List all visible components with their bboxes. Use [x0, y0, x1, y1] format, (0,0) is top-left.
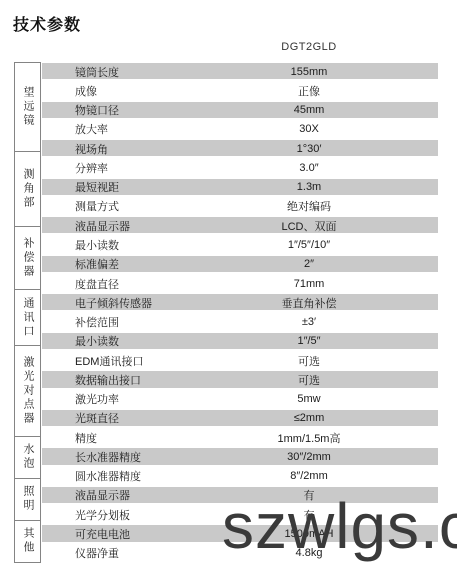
group-label: 望远镜 [22, 86, 33, 128]
spec-name: 可充电电池 [42, 526, 180, 542]
spec-name: 最小读数 [42, 237, 180, 253]
spec-name: 测量方式 [42, 198, 180, 214]
spec-name: 电子倾斜传感器 [42, 295, 180, 311]
spec-name: 度盘直径 [42, 276, 180, 292]
table-row: 精度 1mm/1.5m高 [42, 428, 438, 447]
spec-value: 71mm [180, 278, 438, 290]
table-row: 液晶显示器 LCD、双面 [42, 216, 438, 235]
spec-name: 镜筒长度 [42, 64, 180, 80]
spec-value: 2″ [180, 258, 438, 270]
spec-name: 精度 [42, 430, 180, 446]
spec-value: 可选 [180, 372, 438, 388]
spec-value: 45mm [180, 104, 438, 116]
table-row: 电子倾斜传感器 垂直角补偿 [42, 293, 438, 312]
spec-value: 1″/5″ [180, 335, 438, 347]
group-label: 补偿器 [22, 237, 33, 279]
table-row: 标准偏差 2″ [42, 255, 438, 274]
spec-value: ≤2mm [180, 412, 438, 424]
spec-value: 正像 [180, 83, 438, 99]
spec-name: 光学分划板 [42, 507, 180, 523]
spec-value: 可选 [180, 353, 438, 369]
spec-value: 30X [180, 123, 438, 135]
spec-value: 30″/2mm [180, 451, 438, 463]
group-column: 望远镜 测角部 补偿器 通讯口 激光对点器 水泡 照明 其他 [14, 62, 41, 563]
group-label: 照明 [22, 485, 33, 513]
spec-name: 放大率 [42, 121, 180, 137]
page-title: 技术参数 [13, 12, 81, 35]
table-row: 补偿范围 ±3′ [42, 312, 438, 331]
group-cell-illumination: 照明 [15, 479, 40, 521]
table-row: 最小读数 1″/5″ [42, 332, 438, 351]
spec-name: EDM通讯接口 [42, 353, 180, 369]
spec-name: 液晶显示器 [42, 487, 180, 503]
table-row: 成像 正像 [42, 81, 438, 100]
spec-value: 1.3m [180, 181, 438, 193]
spec-value: 155mm [180, 66, 438, 78]
table-row: 放大率 30X [42, 120, 438, 139]
group-cell-level-vial: 水泡 [15, 437, 40, 479]
group-cell-comm-port: 通讯口 [15, 290, 40, 346]
spec-value: 1″/5″/10″ [180, 239, 438, 251]
group-label: 其他 [22, 527, 33, 555]
spec-name: 数据输出接口 [42, 372, 180, 388]
model-column-header: DGT2GLD [180, 41, 438, 53]
spec-name: 最短视距 [42, 179, 180, 195]
group-label: 激光对点器 [22, 356, 33, 426]
table-row: 视场角 1°30′ [42, 139, 438, 158]
group-cell-others: 其他 [15, 521, 40, 562]
table-row: 测量方式 绝对编码 [42, 197, 438, 216]
spec-value: 1mm/1.5m高 [180, 430, 438, 446]
table-row: 最小读数 1″/5″/10″ [42, 235, 438, 254]
table-row: 长水准器精度 30″/2mm [42, 447, 438, 466]
spec-name: 视场角 [42, 141, 180, 157]
spec-name: 激光功率 [42, 391, 180, 407]
group-cell-angle-measurement: 测角部 [15, 152, 40, 228]
table-row: 镜筒长度 155mm [42, 62, 438, 81]
spec-value: 5mw [180, 393, 438, 405]
table-row: EDM通讯接口 可选 [42, 351, 438, 370]
spec-value: ±3′ [180, 316, 438, 328]
spec-value: 绝对编码 [180, 198, 438, 214]
group-label: 测角部 [22, 168, 33, 210]
table-row: 数据输出接口 可选 [42, 370, 438, 389]
spec-name: 补偿范围 [42, 314, 180, 330]
spec-name: 最小读数 [42, 333, 180, 349]
spec-name: 物镜口径 [42, 102, 180, 118]
spec-value: 8″/2mm [180, 470, 438, 482]
group-cell-compensator: 补偿器 [15, 227, 40, 290]
spec-sheet-page: 技术参数 DGT2GLD 望远镜 测角部 补偿器 通讯口 激光对点器 水泡 照明… [0, 0, 457, 573]
table-row: 物镜口径 45mm [42, 101, 438, 120]
table-row: 光斑直径 ≤2mm [42, 409, 438, 428]
spec-value: LCD、双面 [180, 218, 438, 234]
spec-name: 液晶显示器 [42, 218, 180, 234]
table-row: 分辨率 3.0″ [42, 158, 438, 177]
spec-table: 镜筒长度 155mm 成像 正像 物镜口径 45mm 放大率 30X 视场角 1… [42, 62, 438, 563]
table-row: 圆水准器精度 8″/2mm [42, 467, 438, 486]
group-label: 通讯口 [22, 297, 33, 339]
group-cell-telescope: 望远镜 [15, 63, 40, 152]
spec-value: 3.0″ [180, 162, 438, 174]
spec-name: 圆水准器精度 [42, 468, 180, 484]
spec-value: 1°30′ [180, 143, 438, 155]
group-label: 水泡 [22, 443, 33, 471]
spec-name: 光斑直径 [42, 410, 180, 426]
site-watermark: szwlgs.com [222, 494, 457, 558]
spec-name: 仪器净重 [42, 545, 180, 561]
table-row: 度盘直径 71mm [42, 274, 438, 293]
spec-name: 分辨率 [42, 160, 180, 176]
spec-name: 标准偏差 [42, 256, 180, 272]
spec-value: 垂直角补偿 [180, 295, 438, 311]
table-row: 最短视距 1.3m [42, 178, 438, 197]
table-row: 激光功率 5mw [42, 390, 438, 409]
spec-name: 长水准器精度 [42, 449, 180, 465]
spec-name: 成像 [42, 83, 180, 99]
group-cell-laser-plummet: 激光对点器 [15, 346, 40, 437]
